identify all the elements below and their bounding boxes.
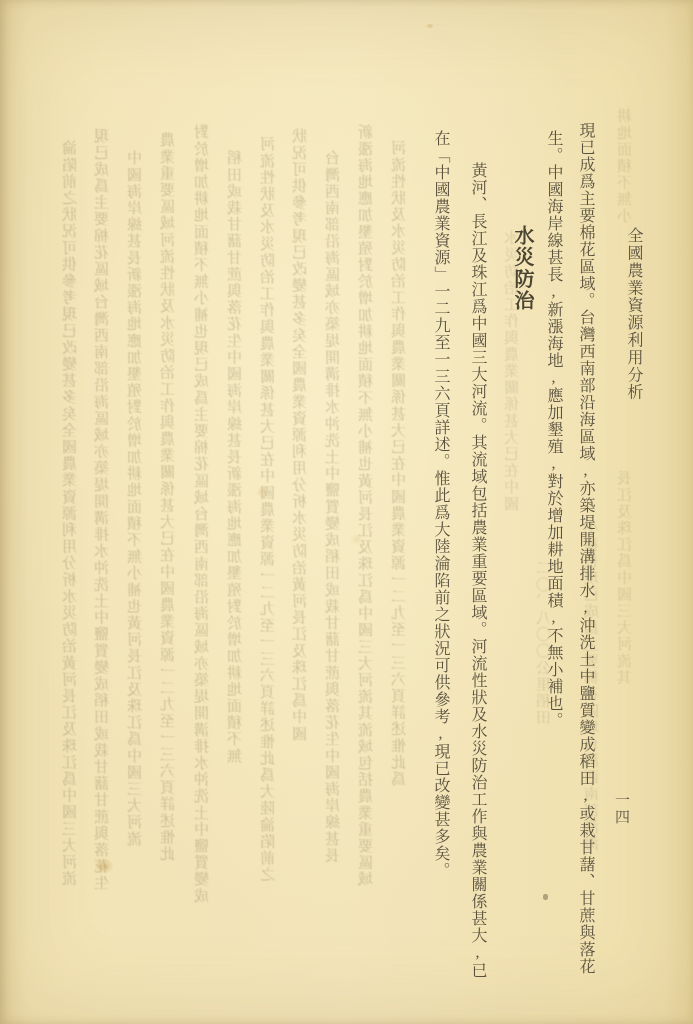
section-title: 水災防治	[507, 225, 537, 311]
bleedthrough-column: 淪陷前之狀況可供參考現已改變甚多矣全國農業資源利用分析水災防治黃河長江及珠江爲中…	[59, 140, 83, 887]
bleedthrough-column: 河流性狀及水災防治工作與農業關係甚大已在中國農業資源一二九至一三六頁詳述惟此爲	[388, 140, 412, 787]
bleedthrough-column: 耕地面積不無小	[614, 108, 638, 224]
running-header: 全國農業資源利用分析	[621, 227, 645, 401]
bleedthrough-column: 新漲海地應加墾殖對於增加耕地面積不無小補也黃河長江及珠江爲中國三大河流其流域包括…	[355, 124, 379, 888]
scanned-page: 淪陷前之狀況可供參考現已改變甚多矣全國農業資源利用分析水災防治黃河長江及珠江爲中…	[0, 0, 693, 1024]
bleedthrough-column: 對於增加耕地面積不無小補也現已成爲主要棉花區域台灣西南部沿海區域亦築堤開溝排水沖…	[191, 124, 215, 904]
ink-speck	[543, 894, 548, 900]
bleedthrough-column: 台灣西南部沿海區域亦築堤開溝排水沖洗土中鹽質變成稻田或栽甘藷甘蔗與落花生中國海岸…	[322, 150, 346, 864]
bleedthrough-column: 現已成爲主要棉花區域台灣西南部沿海區域亦築堤開溝排水沖洗土中鹽質變成稻田或栽甘藷…	[91, 128, 115, 892]
bleedthrough-column: 中國海岸線甚長新漲海地應加墾殖對於增加耕地面積不無小補也黃河長江及珠江爲中國三大…	[124, 150, 148, 847]
bleedthrough-column: 狀況可供參考現已改變甚多矣全國農業資源利用分析水災防治黃河長江及珠江爲中國	[289, 128, 313, 742]
bleedthrough-column: 河流性狀及水災防治工作與農業關係甚大已在中國農業資源一二九至一三六頁詳述惟此爲大…	[257, 136, 281, 883]
page-number: 一四	[610, 792, 632, 826]
body-text-column-4: 在「中國農業資源」一二九至一三六頁詳述。惟此爲大陸淪陷前之狀況可供參考,現已改變…	[428, 130, 452, 879]
body-text-column-2: 生。中國海岸線甚長,新漲海地,應加墾殖,對於增加耕地面積,不無小補也。	[541, 130, 565, 729]
paper-speck	[427, 24, 433, 28]
bleedthrough-column: 稻田或栽甘藷甘蔗與落花生中國海岸線甚長新漲海地應加墾殖對於增加耕地面積不無	[224, 150, 248, 764]
paper-stain	[256, 486, 268, 498]
body-text-column-3: 黃河、長江及珠江爲中國三大河流。其流域包括農業重要區域。河流性狀及水災防治工作與…	[465, 162, 489, 979]
body-text-column-1: 現已成爲主要棉花區域。台灣西南部沿海區域,亦築堤開溝排水,沖洗土中鹽質變成稻田,…	[573, 122, 597, 975]
bleedthrough-column: 長江及珠江爲中國三大河流其	[614, 470, 638, 686]
bleedthrough-column: 農業重要區域河流性狀及水災防治工作與農業關係甚大已在中國農業資源一二九至一三六頁…	[157, 132, 181, 862]
paper-stain	[350, 534, 364, 545]
paper-stain	[94, 858, 114, 874]
